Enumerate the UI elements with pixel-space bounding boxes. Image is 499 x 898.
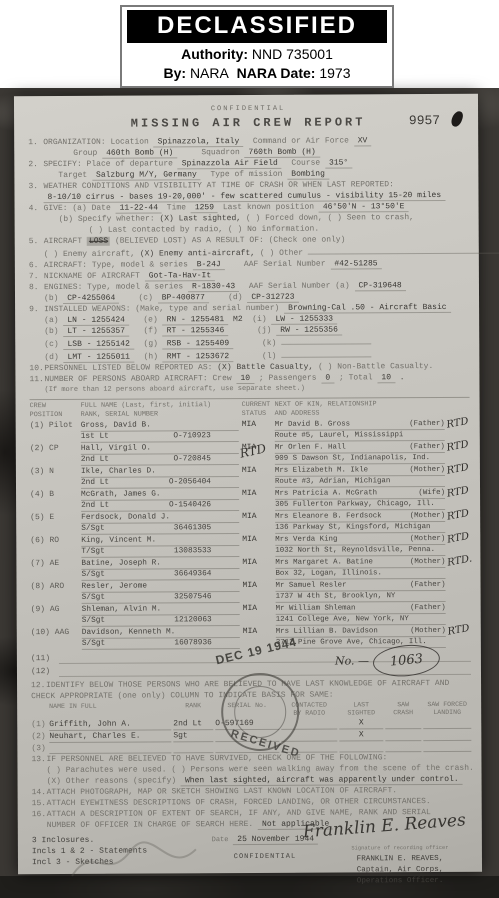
handwritten-rtd: RTD bbox=[447, 624, 471, 649]
check-other-reasons: (X) Other reasons (specify) bbox=[47, 776, 177, 786]
kin-address: Box 32, Logan, Illinois. bbox=[275, 568, 445, 580]
crew-status: MIA bbox=[242, 489, 272, 511]
total-count: 10 bbox=[377, 373, 395, 383]
crew-name: Batine, Joseph R. bbox=[81, 558, 239, 570]
crew-position: (9) AG bbox=[31, 605, 79, 627]
crew-row-8: (8) ARO Resler, JeromeS/Sgt32507546 MIA … bbox=[31, 580, 471, 604]
check-walking-away: ( ) Persons were seen walking away from … bbox=[171, 764, 473, 775]
witness-last-sighted-check: X bbox=[339, 729, 383, 741]
crew-serial: O-710923 bbox=[173, 431, 238, 441]
crew-serial: 36649364 bbox=[174, 569, 239, 579]
kin-address: 1032 North St, Reynoldsville, Penna. bbox=[275, 545, 445, 557]
crew-status: MIA bbox=[243, 604, 273, 626]
check-battle-casualty: (X) Battle Casualty, bbox=[217, 363, 313, 373]
nara-date-value: 1973 bbox=[319, 65, 350, 81]
kin-relationship: (Father) bbox=[410, 603, 446, 613]
witness-rank: Sgt bbox=[173, 730, 213, 742]
kin-address: 1737 W 4th St, Brooklyn, NY bbox=[276, 591, 446, 603]
weapon-g: RSB - 1255409 bbox=[163, 339, 233, 349]
crew-count: 10 bbox=[236, 374, 254, 384]
kin-name: Mr David B. Gross bbox=[275, 419, 350, 429]
weapon-j: RW - 1255356 bbox=[276, 326, 342, 336]
crew-rank: S/Sgt bbox=[82, 616, 105, 626]
officer-title: Operations Officer. bbox=[330, 876, 470, 888]
check-last-sighted: (X) Last sighted, bbox=[159, 214, 241, 223]
title-row: MISSING AIR CREW REPORT 9957 bbox=[28, 117, 468, 130]
crew-rank: S/Sgt bbox=[81, 524, 104, 534]
crew-serial: 16078936 bbox=[174, 638, 239, 648]
crew-status: MIA bbox=[242, 558, 272, 580]
nara-line: By: NARA NARA Date: 1973 bbox=[127, 65, 387, 81]
authority-value: NND 735001 bbox=[252, 46, 333, 62]
crew-rank: 2nd Lt bbox=[81, 455, 109, 465]
declassified-banner: DECLASSIFIED Authority: NND 735001 By: N… bbox=[120, 5, 394, 88]
kin-relationship: (Mother) bbox=[410, 557, 446, 567]
organization-location: Spinazzola, Italy bbox=[154, 137, 244, 147]
witness-name: Griffith, John A. bbox=[49, 718, 171, 731]
crew-serial: 13083533 bbox=[174, 546, 239, 556]
crew-position: (8) ARO bbox=[31, 582, 79, 604]
case-number-annotation: No. — 1063 bbox=[335, 645, 440, 677]
officer-name: FRANKLIN E. REAVES, bbox=[330, 854, 470, 866]
check-non-battle: ( ) Non-Battle Casualty. bbox=[318, 362, 433, 372]
field-aboard-note: (If more than 12 persons aboard aircraft… bbox=[29, 383, 469, 396]
authority-line: Authority: NND 735001 bbox=[127, 46, 387, 62]
crew-rank: 2nd Lt bbox=[81, 478, 109, 488]
weapon-f: RT - 1255346 bbox=[163, 326, 229, 336]
number-label: No. — bbox=[335, 655, 369, 666]
crew-name: Gross, David B. bbox=[81, 420, 239, 432]
kin-address: 1241 College Ave, New York, NY bbox=[276, 614, 446, 626]
crew-position: (7) AE bbox=[30, 559, 78, 581]
crew-name: Davidson, Kenneth M. bbox=[82, 627, 240, 639]
crew-name: McGrath, James G. bbox=[81, 489, 239, 501]
field-loss-cause-options: ( ) Enemy aircraft, (X) Enemy anti-aircr… bbox=[29, 245, 469, 260]
check-forced-down: ( ) Forced down, bbox=[246, 214, 323, 223]
kin-name: Mr Orlen F. Hall bbox=[275, 442, 346, 452]
crew-name: Shleman, Alvin M. bbox=[82, 604, 240, 616]
crew-serial: 32507546 bbox=[174, 592, 239, 602]
crew-name: Resler, Jerome bbox=[82, 581, 240, 593]
kin-address: 909 S Dawson St, Indianapolis, Ind. bbox=[275, 453, 445, 465]
kin-name: Mr Samuel Resler bbox=[276, 580, 347, 590]
crew-rank: S/Sgt bbox=[81, 570, 104, 580]
kin-name: Mrs Margaret A. Batine bbox=[275, 557, 373, 568]
officer-rank: Captain, Air Corps, bbox=[330, 865, 470, 877]
aircraft-nickname: Got-Ta-Hav-It bbox=[145, 271, 215, 281]
passenger-count: 0 bbox=[321, 374, 334, 384]
crew-status: MIA bbox=[242, 420, 272, 442]
report-number: 9957 bbox=[409, 115, 440, 126]
kin-relationship: (Mother) bbox=[410, 534, 446, 544]
witness-name: Neuhart, Charles E. bbox=[49, 730, 171, 743]
crew-position: (2) CP bbox=[30, 444, 78, 466]
classification-top: CONFIDENTIAL bbox=[28, 103, 468, 116]
crew-status: MIA bbox=[242, 466, 272, 488]
crew-position: (5) E bbox=[30, 513, 78, 535]
engine-serial-d: CP-312723 bbox=[247, 293, 298, 303]
authority-label: Authority: bbox=[181, 46, 248, 62]
departure-field: Spinazzola Air Field bbox=[178, 159, 282, 170]
signature-caption: Signature of recording officer bbox=[330, 843, 470, 855]
weapon-c: LSB - 1255142 bbox=[63, 340, 133, 350]
check-no-info: ( ) No information. bbox=[228, 225, 319, 234]
crew-status: MIA bbox=[243, 581, 273, 603]
kin-relationship: (Mother) bbox=[410, 626, 446, 636]
crew-position: (1) Pilot bbox=[30, 421, 78, 443]
weapon-m2-note: M2 bbox=[233, 315, 243, 324]
kin-address: Route #5, Laurel, Mississippi bbox=[275, 430, 445, 442]
crew-table-header: CREWPOSITION FULL NAME (Last, first, ini… bbox=[30, 400, 470, 420]
check-enemy-flak: (X) Enemy anti-aircraft, bbox=[140, 249, 255, 259]
crew-serial: O-2056404 bbox=[169, 477, 239, 487]
crew-serial: O-1540426 bbox=[169, 500, 239, 510]
loss-time: 1259 bbox=[191, 203, 218, 213]
crew-rank: 1st Lt bbox=[81, 432, 109, 442]
kin-relationship: (Wife) bbox=[418, 488, 445, 498]
kin-relationship: (Mother) bbox=[409, 465, 445, 475]
crew-row-2: (2) CP Hall, Virgil O.2nd LtO-720845 MIA… bbox=[30, 442, 470, 466]
struck-word: LOSS bbox=[87, 237, 110, 246]
weapon-d: LMT - 1255011 bbox=[64, 353, 134, 363]
crew-row-1: (1) Pilot Gross, David B.1st LtO-710923 … bbox=[30, 419, 470, 443]
witness-rank: 2nd Lt bbox=[173, 718, 213, 730]
crew-row-6: (6) RO King, Vincent M.T/Sgt13083533 MIA… bbox=[30, 534, 470, 558]
mission-type: Bombing bbox=[287, 170, 329, 180]
aircraft-serial: #42-51285 bbox=[330, 259, 381, 269]
check-seen-crash: ( ) Seen to crash, bbox=[327, 213, 413, 222]
target: Salzburg M/Y, Germany bbox=[92, 170, 201, 181]
crew-row-9: (9) AG Shleman, Alvin M.S/Sgt12120063 MI… bbox=[31, 603, 471, 627]
crew-name: King, Vincent M. bbox=[81, 535, 239, 547]
crew-rank: T/Sgt bbox=[81, 547, 104, 557]
page-title: MISSING AIR CREW REPORT bbox=[131, 117, 366, 129]
loss-date: 11-22-44 bbox=[116, 203, 162, 213]
kin-name: Mr William Shleman bbox=[276, 603, 356, 613]
air-force: XV bbox=[354, 136, 372, 146]
crew-row-5: (5) E Ferdsock, Donald J.S/Sgt36461305 M… bbox=[30, 511, 470, 535]
check-radio: ( ) Last contacted by radio, bbox=[89, 225, 223, 235]
crew-serial: O-720845 bbox=[173, 454, 238, 464]
weapon-e: RN - 1255481 bbox=[163, 315, 229, 325]
last-known-position: 46°50'N - 13°50'E bbox=[319, 202, 409, 212]
engine-model: R-1830-43 bbox=[188, 282, 239, 292]
crew-name: Ikle, Charles D. bbox=[81, 466, 239, 478]
crew-position: (3) N bbox=[30, 467, 78, 489]
weapon-a: LN - 1255424 bbox=[63, 316, 129, 326]
kin-name: Mrs Elizabeth M. Ikle bbox=[275, 465, 368, 475]
declassified-title: DECLASSIFIED bbox=[127, 10, 387, 43]
weapon-i: LW - 1255333 bbox=[271, 315, 337, 325]
crew-position: (6) RO bbox=[30, 536, 78, 558]
aircraft-model: B-24J bbox=[193, 260, 225, 270]
nara-date-label: NARA Date: bbox=[237, 65, 316, 81]
crew-rank: S/Sgt bbox=[82, 639, 105, 649]
kin-name: Mrs Patricia A. McGrath bbox=[275, 488, 377, 499]
crew-name: Hall, Virgil O. bbox=[81, 443, 239, 455]
kin-address: Route #3, Adrian, Michigan bbox=[275, 476, 445, 488]
crew-serial: 12120063 bbox=[174, 615, 239, 625]
check-enemy-aircraft: ( ) Enemy aircraft, bbox=[44, 250, 135, 259]
handwritten-rtd bbox=[447, 578, 471, 603]
weapon-h: RMT - 1253672 bbox=[163, 352, 233, 362]
kin-name: Mrs Verda King bbox=[275, 535, 337, 545]
course: 315° bbox=[325, 158, 352, 168]
by-label: By: bbox=[163, 65, 186, 81]
group: 460th Bomb (H) bbox=[102, 148, 177, 158]
crew-name: Ferdsock, Donald J. bbox=[81, 512, 239, 524]
witness-last-sighted-check: X bbox=[339, 717, 383, 729]
crew-position: (4) B bbox=[30, 490, 78, 512]
crew-position: (10) AAG bbox=[31, 628, 79, 650]
kin-relationship: (Mother) bbox=[410, 511, 446, 521]
check-parachutes: ( ) Parachutes were used. bbox=[46, 765, 166, 775]
crew-status: MIA bbox=[242, 535, 272, 557]
check-other: ( ) Other bbox=[260, 249, 303, 258]
kin-relationship: (Father) bbox=[410, 580, 446, 590]
crew-rank: 2nd Lt bbox=[81, 501, 109, 511]
weapon-b: LT - 1255357 bbox=[63, 327, 129, 337]
crew-row-4: (4) B McGrath, James G.2nd LtO-1540426 M… bbox=[30, 488, 470, 512]
crew-serial: 36461305 bbox=[174, 523, 239, 533]
crew-table: CREWPOSITION FULL NAME (Last, first, ini… bbox=[30, 397, 471, 677]
macr-form-page: CONFIDENTIAL MISSING AIR CREW REPORT 995… bbox=[14, 94, 482, 874]
kin-address: 305 Fullerton Parkway, Chicago, Ill. bbox=[275, 499, 445, 511]
crew-row-3: (3) N Ikle, Charles D.2nd LtO-2056404 MI… bbox=[30, 465, 470, 489]
handwritten-rtd: RTD. bbox=[447, 555, 471, 580]
crew-rank: S/Sgt bbox=[82, 593, 105, 603]
circled-case-number: 1063 bbox=[372, 642, 442, 679]
classification-bottom: CONFIDENTIAL bbox=[200, 852, 330, 864]
weapon-make: Browning-Cal .50 - Aircraft Basic bbox=[284, 303, 450, 314]
engine-serial-c: BP-400877 bbox=[158, 293, 209, 303]
crew-row-7: (7) AE Batine, Joseph R.S/Sgt36649364 MI… bbox=[30, 557, 470, 581]
kin-relationship: (Father) bbox=[409, 442, 445, 452]
kin-name: Mrs Eleanore B. Ferdsock bbox=[275, 511, 382, 522]
pencil-scribble bbox=[64, 837, 204, 888]
kin-relationship: (Father) bbox=[409, 419, 445, 429]
squadron: 760th Bomb (H) bbox=[245, 148, 320, 158]
kin-address: 136 Parkway St, Kingsford, Michigan bbox=[275, 522, 445, 534]
engine-serial-b: CP-4255064 bbox=[63, 294, 119, 304]
by-value: NARA bbox=[190, 65, 229, 81]
crew-status: MIA bbox=[242, 512, 272, 534]
engine-serial-a: CP-319648 bbox=[354, 281, 405, 291]
